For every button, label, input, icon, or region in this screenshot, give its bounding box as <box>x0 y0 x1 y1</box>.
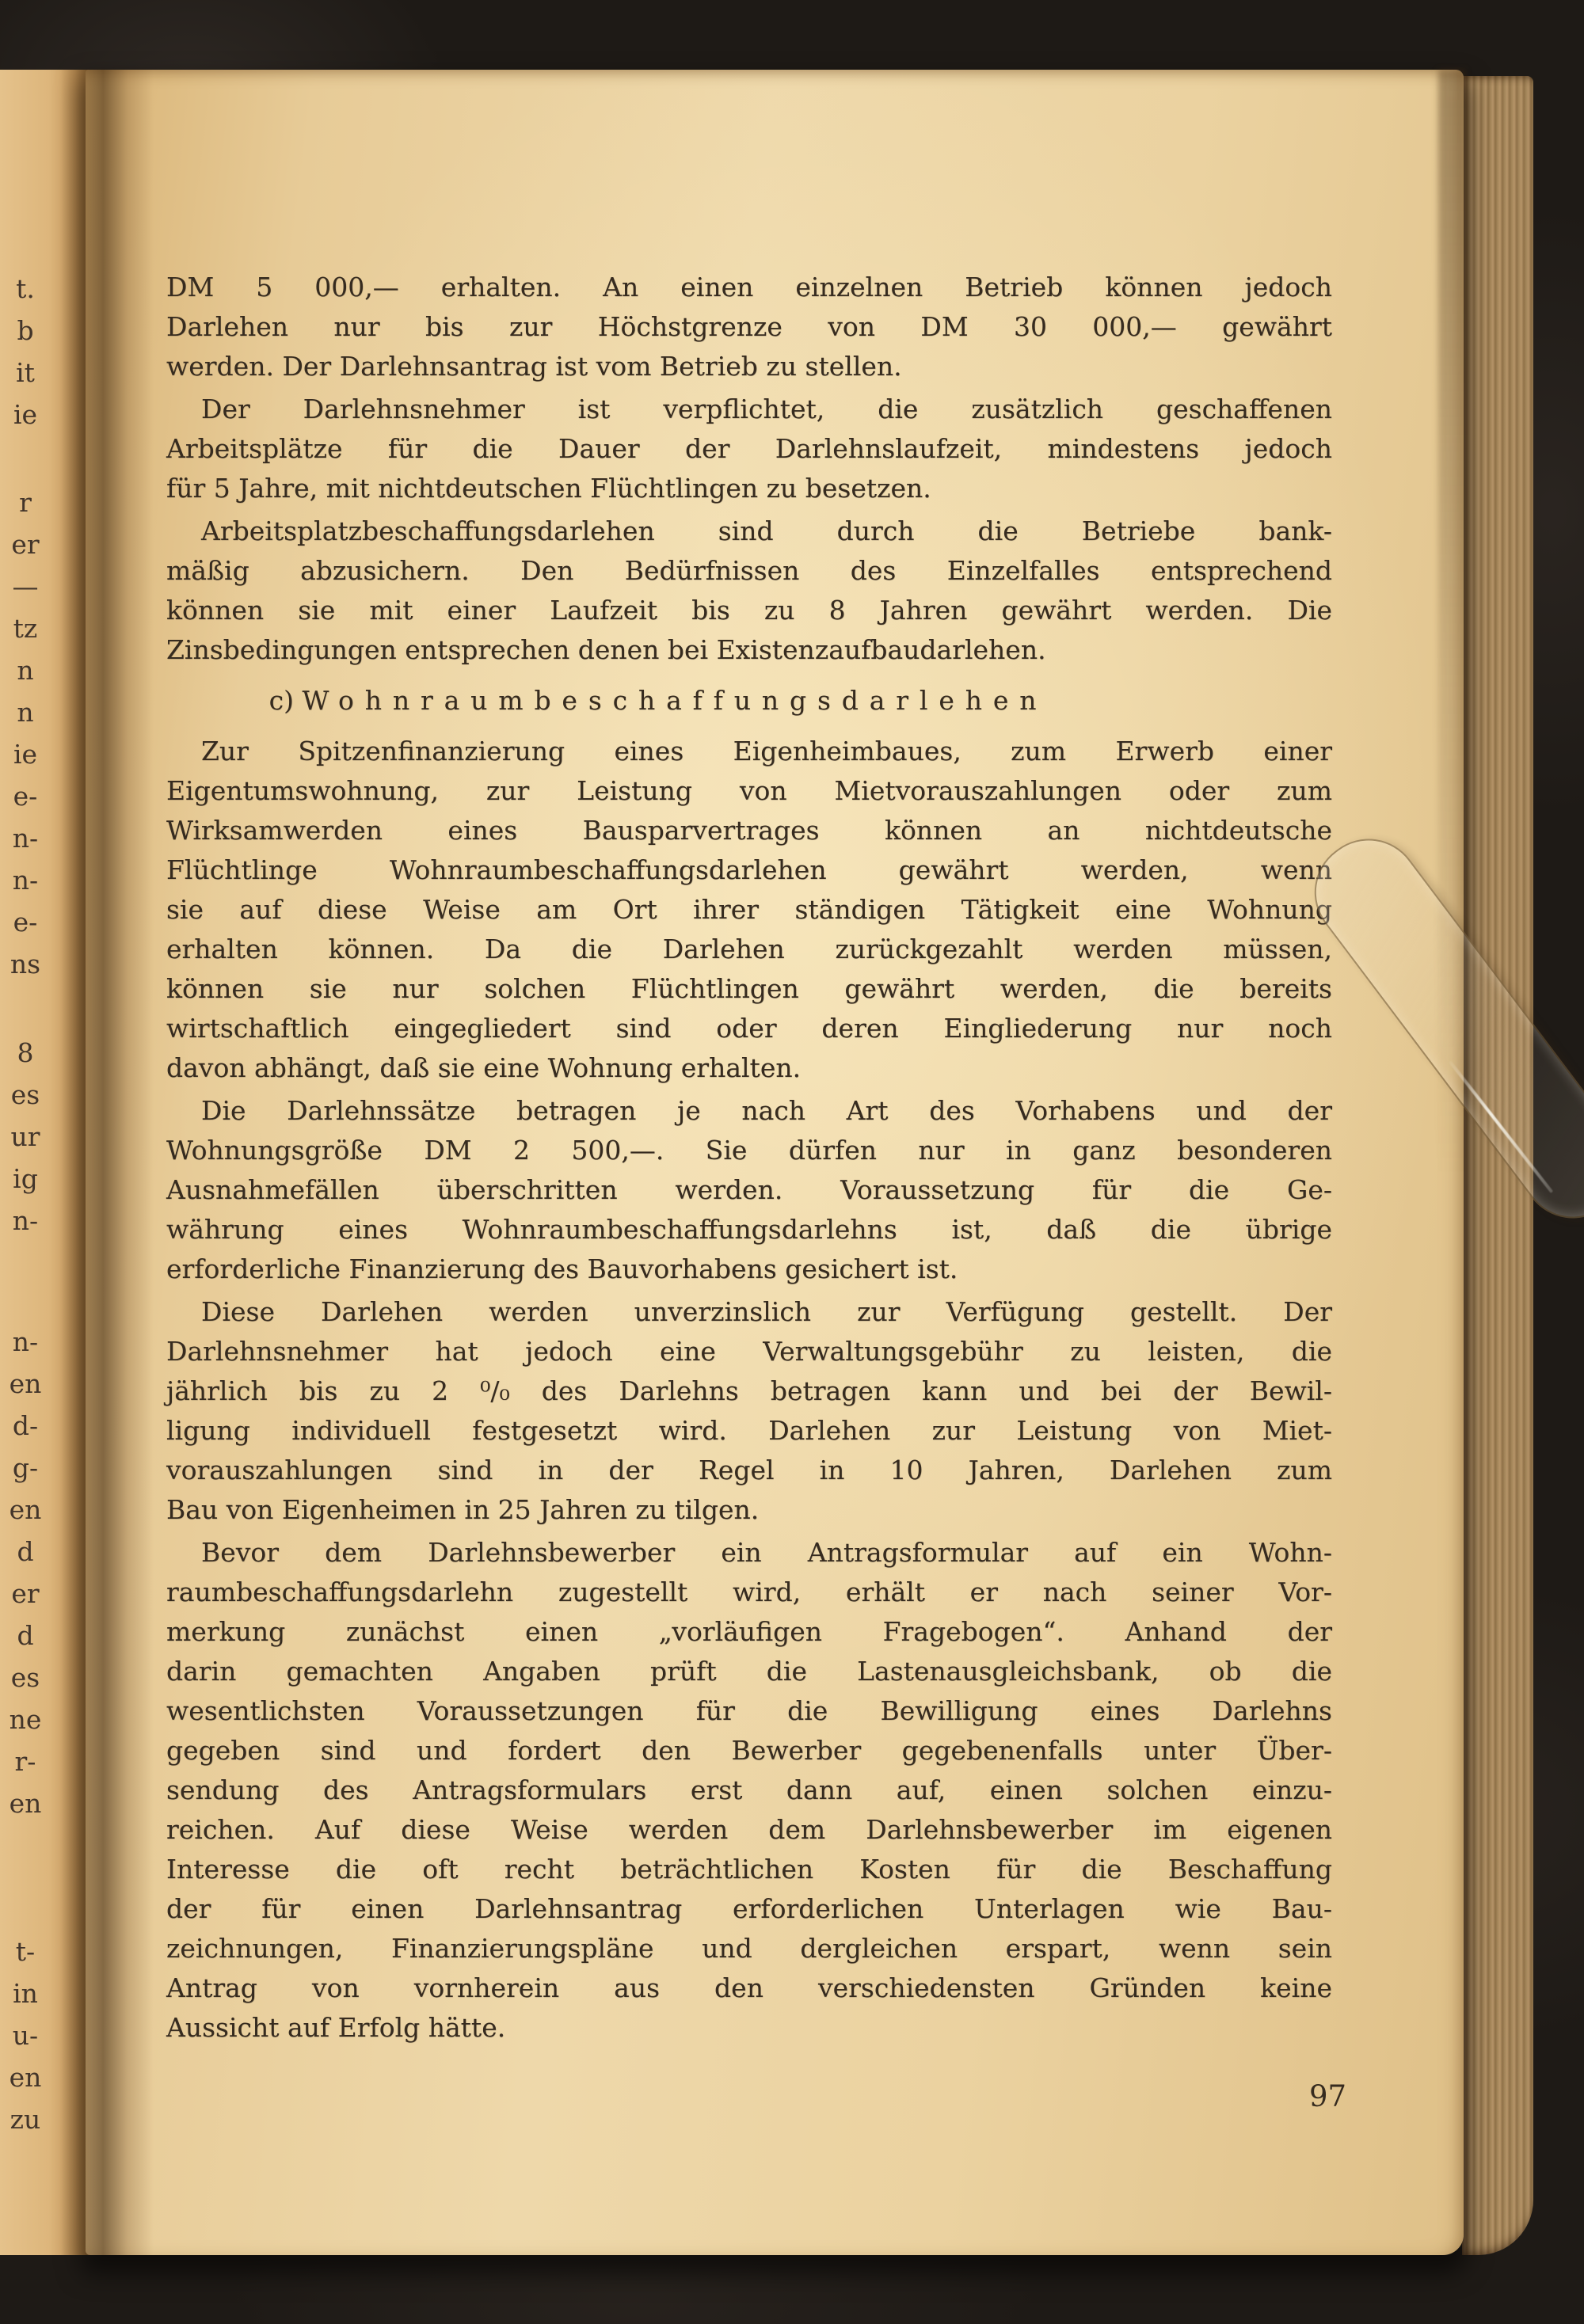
text-line: Arbeitsplätze für die Dauer der Darlehns… <box>166 429 1332 469</box>
text-line: erhalten können. Da die Darlehen zurückg… <box>166 930 1332 969</box>
cut-text-fragment: n <box>0 693 51 732</box>
page-text: DM 5 000,— erhalten. An einen einzelnen … <box>166 268 1332 2048</box>
text-line: Zur Spitzenfinanzierung eines Eigenheimb… <box>166 732 1332 771</box>
text-line: der für einen Darlehnsantrag erforderlic… <box>166 1889 1332 1929</box>
cut-text-fragment: — <box>0 567 51 607</box>
cut-text-fragment: ur <box>0 1117 51 1157</box>
cut-text-fragment: r <box>0 483 51 523</box>
text-line: währung eines Wohnraumbeschaffungsdarleh… <box>166 1210 1332 1249</box>
text-line: Darlehnsnehmer hat jedoch eine Verwaltun… <box>166 1332 1332 1371</box>
cut-text-fragment: d- <box>0 1406 51 1446</box>
text-line: Flüchtlinge Wohnraumbeschaffungsdarlehen… <box>166 850 1332 890</box>
text-line: wesentlichsten Voraussetzungen für die B… <box>166 1691 1332 1731</box>
text-line: Interesse die oft recht beträchtlichen K… <box>166 1850 1332 1889</box>
cut-text-fragment: t- <box>0 1932 51 1972</box>
page-number: 97 <box>1309 2079 1346 2113</box>
cut-text-fragment: n <box>0 651 51 690</box>
text-line: DM 5 000,— erhalten. An einen einzelnen … <box>166 268 1332 307</box>
cut-text-fragment: zu <box>0 2100 51 2140</box>
cut-text-fragment: d <box>0 1616 51 1656</box>
cut-text-fragment: r- <box>0 1742 51 1782</box>
text-line: Bau von Eigenheimen in 25 Jahren zu tilg… <box>166 1490 1332 1530</box>
paragraph: Diese Darlehen werden unverzinslich zur … <box>166 1292 1332 1530</box>
paragraph: DM 5 000,— erhalten. An einen einzelnen … <box>166 268 1332 386</box>
cut-text-fragment: ie <box>0 395 51 435</box>
cut-text-fragment: en <box>0 1364 51 1404</box>
text-line: Der Darlehnsnehmer ist verpflichtet, die… <box>166 390 1332 429</box>
cut-text-fragment: er <box>0 1574 51 1614</box>
text-line: sendung des Antragsformulars erst dann a… <box>166 1771 1332 1810</box>
cut-text-fragment: e- <box>0 777 51 816</box>
text-line: gegeben sind und fordert den Bewerber ge… <box>166 1731 1332 1771</box>
cut-text-fragment: en <box>0 1784 51 1824</box>
paragraph: Der Darlehnsnehmer ist verpflichtet, die… <box>166 390 1332 508</box>
cut-text-fragment: n- <box>0 819 51 858</box>
paragraph: Arbeitsplatzbeschaffungsdarlehen sind du… <box>166 512 1332 670</box>
text-line: wirtschaftlich eingegliedert sind oder d… <box>166 1009 1332 1048</box>
cut-text-fragment: n- <box>0 1322 51 1362</box>
text-line: Eigentumswohnung, zur Leistung von Mietv… <box>166 771 1332 811</box>
book-page: DM 5 000,— erhalten. An einen einzelnen … <box>86 70 1464 2255</box>
cut-text-fragment: it <box>0 353 51 393</box>
cut-text-fragment: d <box>0 1532 51 1572</box>
facing-page-edge: t.bitierer—tznniee-n-n-e-ns8esurign-n-en… <box>0 70 89 2255</box>
cut-text-fragment: en <box>0 2058 51 2098</box>
text-line: sie auf diese Weise am Ort ihrer ständig… <box>166 890 1332 930</box>
text-line: darin gemachten Angaben prüft die Lasten… <box>166 1652 1332 1691</box>
text-line: Antrag von vornherein aus den verschiede… <box>166 1968 1332 2008</box>
cut-text-fragment: ie <box>0 735 51 774</box>
text-line: Arbeitsplatzbeschaffungsdarlehen sind du… <box>166 512 1332 551</box>
cut-text-fragment: e- <box>0 903 51 942</box>
section-heading-label: Wohnraumbeschaffungsdarlehen <box>303 685 1048 716</box>
paragraph: Zur Spitzenfinanzierung eines Eigenheimb… <box>166 732 1332 1088</box>
cut-text-fragment: tz <box>0 609 51 649</box>
cut-text-fragment: u- <box>0 2016 51 2056</box>
text-line: Die Darlehnssätze betragen je nach Art d… <box>166 1091 1332 1131</box>
text-line: raumbeschaffungsdarlehn zugestellt wird,… <box>166 1573 1332 1612</box>
paragraph: Die Darlehnssätze betragen je nach Art d… <box>166 1091 1332 1289</box>
text-line: Darlehen nur bis zur Höchstgrenze von DM… <box>166 307 1332 347</box>
paragraph: Bevor dem Darlehnsbewerber ein Antragsfo… <box>166 1533 1332 2048</box>
text-line: reichen. Auf diese Weise werden dem Darl… <box>166 1810 1332 1850</box>
cut-text-fragment: es <box>0 1075 51 1115</box>
cut-text-fragment: ns <box>0 945 51 984</box>
text-line: merkung zunächst einen „vorläufigen Frag… <box>166 1612 1332 1652</box>
text-line: Bevor dem Darlehnsbewerber ein Antragsfo… <box>166 1533 1332 1573</box>
section-heading-prefix: c) <box>269 685 303 716</box>
text-line: werden. Der Darlehnsantrag ist vom Betri… <box>166 347 1332 386</box>
cut-text-fragment: n- <box>0 1201 51 1241</box>
text-line: davon abhängt, daß sie eine Wohnung erha… <box>166 1048 1332 1088</box>
cut-text-fragment: 8 <box>0 1033 51 1073</box>
text-line: jährlich bis zu 2 ⁰/₀ des Darlehns betra… <box>166 1371 1332 1411</box>
text-line: erforderliche Finanzierung des Bauvorhab… <box>166 1249 1332 1289</box>
cut-text-fragment: er <box>0 525 51 565</box>
cut-text-fragment: b <box>0 311 51 351</box>
text-line: Zinsbedingungen entsprechen denen bei Ex… <box>166 630 1332 670</box>
text-line: mäßig abzusichern. Den Bedürfnissen des … <box>166 551 1332 591</box>
cut-text-fragment: t. <box>0 269 51 309</box>
text-line: zeichnungen, Finanzierungspläne und derg… <box>166 1929 1332 1968</box>
text-line: können sie mit einer Laufzeit bis zu 8 J… <box>166 591 1332 630</box>
text-line: für 5 Jahre, mit nichtdeutschen Flüchtli… <box>166 469 1332 508</box>
cut-text-fragment: g- <box>0 1448 51 1488</box>
book-photo: { "page": { "number": "97", "blocks": [ … <box>0 0 1584 2324</box>
text-line: können sie nur solchen Flüchtlingen gewä… <box>166 969 1332 1009</box>
section-heading: c) Wohnraumbeschaffungsdarlehen <box>166 681 1332 721</box>
text-line: ligung individuell festgesetzt wird. Dar… <box>166 1411 1332 1451</box>
text-line: Ausnahmefällen überschritten werden. Vor… <box>166 1170 1332 1210</box>
cut-text-fragment: es <box>0 1658 51 1698</box>
cut-text-fragment: ig <box>0 1159 51 1199</box>
cut-text-fragment: in <box>0 1974 51 2014</box>
text-line: Aussicht auf Erfolg hätte. <box>166 2008 1332 2048</box>
text-line: Wirksamwerden eines Bausparvertrages kön… <box>166 811 1332 850</box>
cut-text-fragment: n- <box>0 861 51 900</box>
cut-text-fragment: ne <box>0 1700 51 1740</box>
cut-text-fragment: en <box>0 1490 51 1530</box>
text-line: vorauszahlungen sind in der Regel in 10 … <box>166 1451 1332 1490</box>
text-line: Wohnungsgröße DM 2 500,—. Sie dürfen nur… <box>166 1131 1332 1170</box>
text-line: Diese Darlehen werden unverzinslich zur … <box>166 1292 1332 1332</box>
